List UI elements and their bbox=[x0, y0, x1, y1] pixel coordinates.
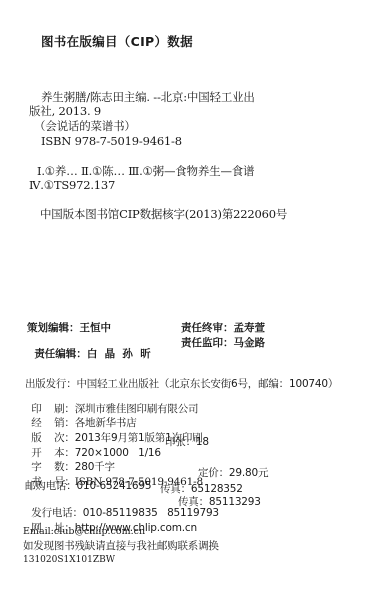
cip-isbn: ISBN 978-7-5019-9461-8 bbox=[41, 136, 182, 148]
sheets-value: 18 bbox=[196, 436, 209, 448]
fax1-label: 传真： bbox=[160, 483, 191, 495]
responsible-editor-value: 白 晶 孙 昕 bbox=[87, 348, 151, 360]
mail-phone-value: 010-65241695 bbox=[77, 480, 152, 492]
cip-line-1: 养生粥膳/陈志田主编. --北京:中国轻工业出 bbox=[41, 92, 255, 104]
fax2-label: 传真： bbox=[178, 496, 209, 508]
price-row: 定价：29.80元 bbox=[198, 468, 268, 479]
mail-phone-row: 邮购电话：010-65241695 bbox=[25, 481, 151, 492]
cip-classification: Ⅰ.①养… Ⅱ.①陈… Ⅲ.①粥—食物养生—食谱 bbox=[37, 166, 254, 178]
final-review-label: 责任终审： bbox=[181, 322, 234, 334]
fax2-value: 85113293 bbox=[209, 496, 261, 508]
publisher-label: 出版发行： bbox=[25, 378, 77, 390]
email-line[interactable]: Email:club@chlip.com.cn bbox=[23, 527, 145, 537]
cip-class-number: Ⅳ.①TS972.137 bbox=[29, 180, 115, 192]
page-title: 图书在版编目（CIP）数据 bbox=[41, 36, 193, 49]
print-supervisor: 责任监印：马金路 bbox=[181, 338, 265, 349]
mail-phone-label: 邮购电话： bbox=[25, 480, 77, 492]
planning-editor: 策划编辑：王恒中 bbox=[27, 323, 111, 334]
responsible-editor-label: 责任编辑： bbox=[34, 348, 87, 360]
fax1-value: 65128352 bbox=[191, 483, 243, 495]
print-supervisor-value: 马金路 bbox=[234, 337, 266, 349]
cip-line-2: 版社, 2013. 9 bbox=[29, 106, 101, 118]
planning-editor-value: 王恒中 bbox=[80, 322, 112, 334]
final-review-value: 孟寿萱 bbox=[234, 322, 266, 334]
sheets-label: 印张： bbox=[165, 436, 196, 448]
print-code: 131020S1X101ZBW bbox=[23, 556, 115, 565]
publisher-value: 中国轻工业出版社（北京东长安街6号，邮编：100740） bbox=[77, 378, 339, 390]
final-review: 责任终审：孟寿萱 bbox=[181, 323, 265, 334]
notice-line: 如发现图书残缺请直接与我社邮购联系调换 bbox=[23, 541, 219, 552]
responsible-editor: 责任编辑：白 晶 孙 昕 bbox=[27, 338, 151, 359]
sheets-row: 印张：18 bbox=[165, 437, 209, 448]
planning-editor-label: 策划编辑： bbox=[27, 322, 80, 334]
cip-series: （会说话的菜谱书） bbox=[34, 121, 136, 133]
price-label: 定价： bbox=[198, 467, 229, 479]
print-supervisor-label: 责任监印： bbox=[181, 337, 234, 349]
fax2-row: 传真：85113293 bbox=[178, 497, 261, 508]
fax1-row: 传真：65128352 bbox=[160, 484, 243, 495]
cip-verification: 中国版本图书馆CIP数据核字(2013)第222060号 bbox=[40, 209, 287, 221]
price-value: 29.80元 bbox=[229, 467, 268, 479]
publisher-row: 出版发行：中国轻工业出版社（北京东长安街6号，邮编：100740） bbox=[25, 379, 338, 390]
